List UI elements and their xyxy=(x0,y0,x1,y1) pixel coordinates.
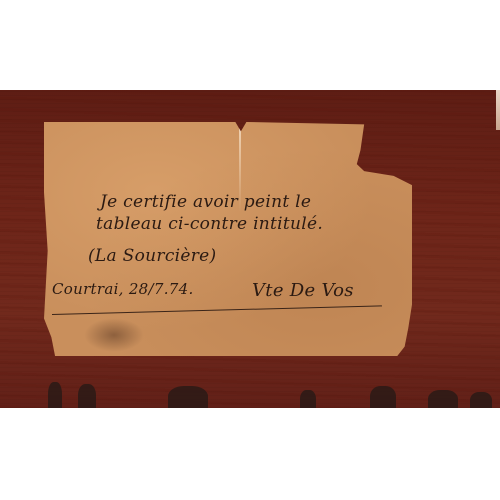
ink-stain xyxy=(84,318,144,352)
label-place-date: Courtrai, 28/7.74. xyxy=(52,280,194,298)
paper-label: Je certifie avoir peint le tableau ci-co… xyxy=(44,122,412,356)
label-line-1: Je certifie avoir peint le xyxy=(100,192,311,212)
painted-letters-cropped xyxy=(0,382,500,408)
label-line-3-title: (La Sourcière) xyxy=(88,246,216,266)
label-signature: Vte De Vos xyxy=(252,280,354,301)
photograph: Je certifie avoir peint le tableau ci-co… xyxy=(0,90,500,408)
signature-underline xyxy=(52,305,382,315)
label-line-2: tableau ci-contre intitulé. xyxy=(96,214,323,234)
edge-strip xyxy=(496,90,500,130)
